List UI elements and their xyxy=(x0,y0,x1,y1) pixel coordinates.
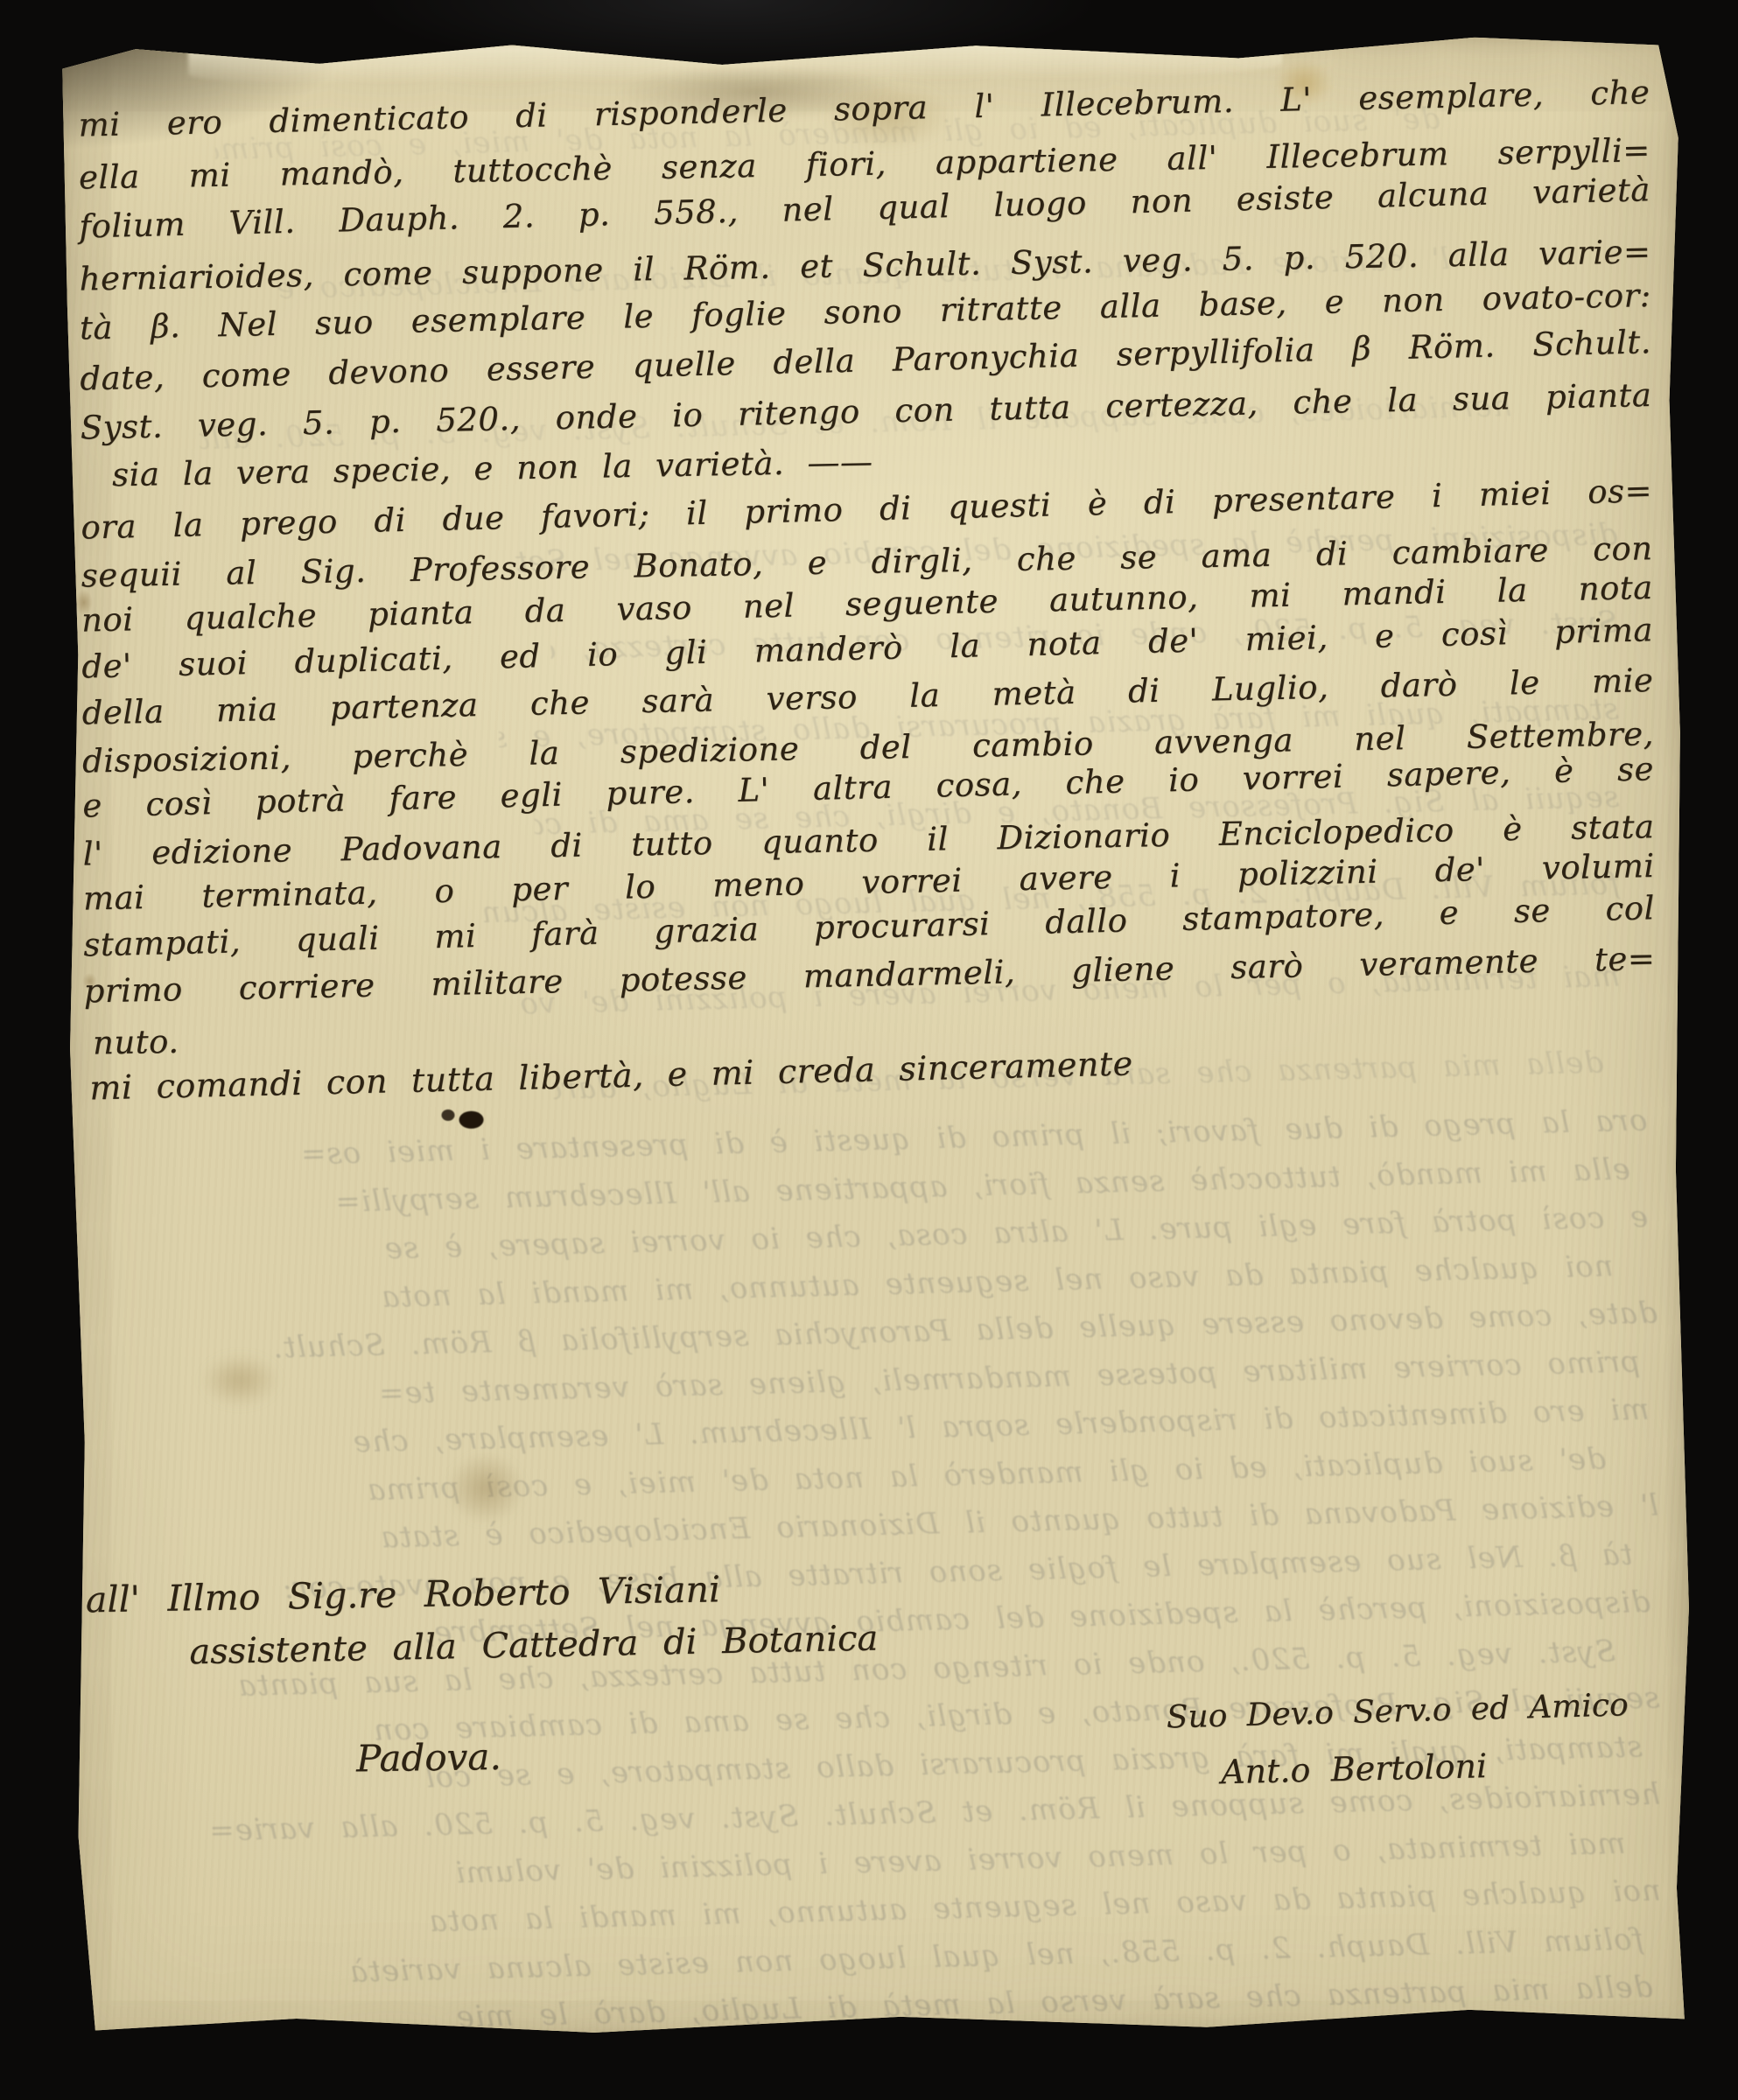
letter-body: mi ero dimenticato di risponderle sopra … xyxy=(78,33,1671,2045)
letter-closing-line: mi comandi con tutta libertà, e mi creda… xyxy=(89,1044,1133,1107)
photo-background: de' suoi duplicati, ed io gli manderò la… xyxy=(0,0,1738,2100)
letter-sheet: de' suoi duplicati, ed io gli manderò la… xyxy=(57,32,1693,2044)
signature-name: Ant.o Bertoloni xyxy=(1221,1746,1488,1791)
letter-line: sia la vera specie, e non la varietà. —— xyxy=(112,443,873,493)
address-line: Padova. xyxy=(356,1735,501,1780)
letter-line: mi ero dimenticato di risponderle sopra … xyxy=(78,73,1650,144)
letter-line: nuto. xyxy=(93,1023,179,1062)
